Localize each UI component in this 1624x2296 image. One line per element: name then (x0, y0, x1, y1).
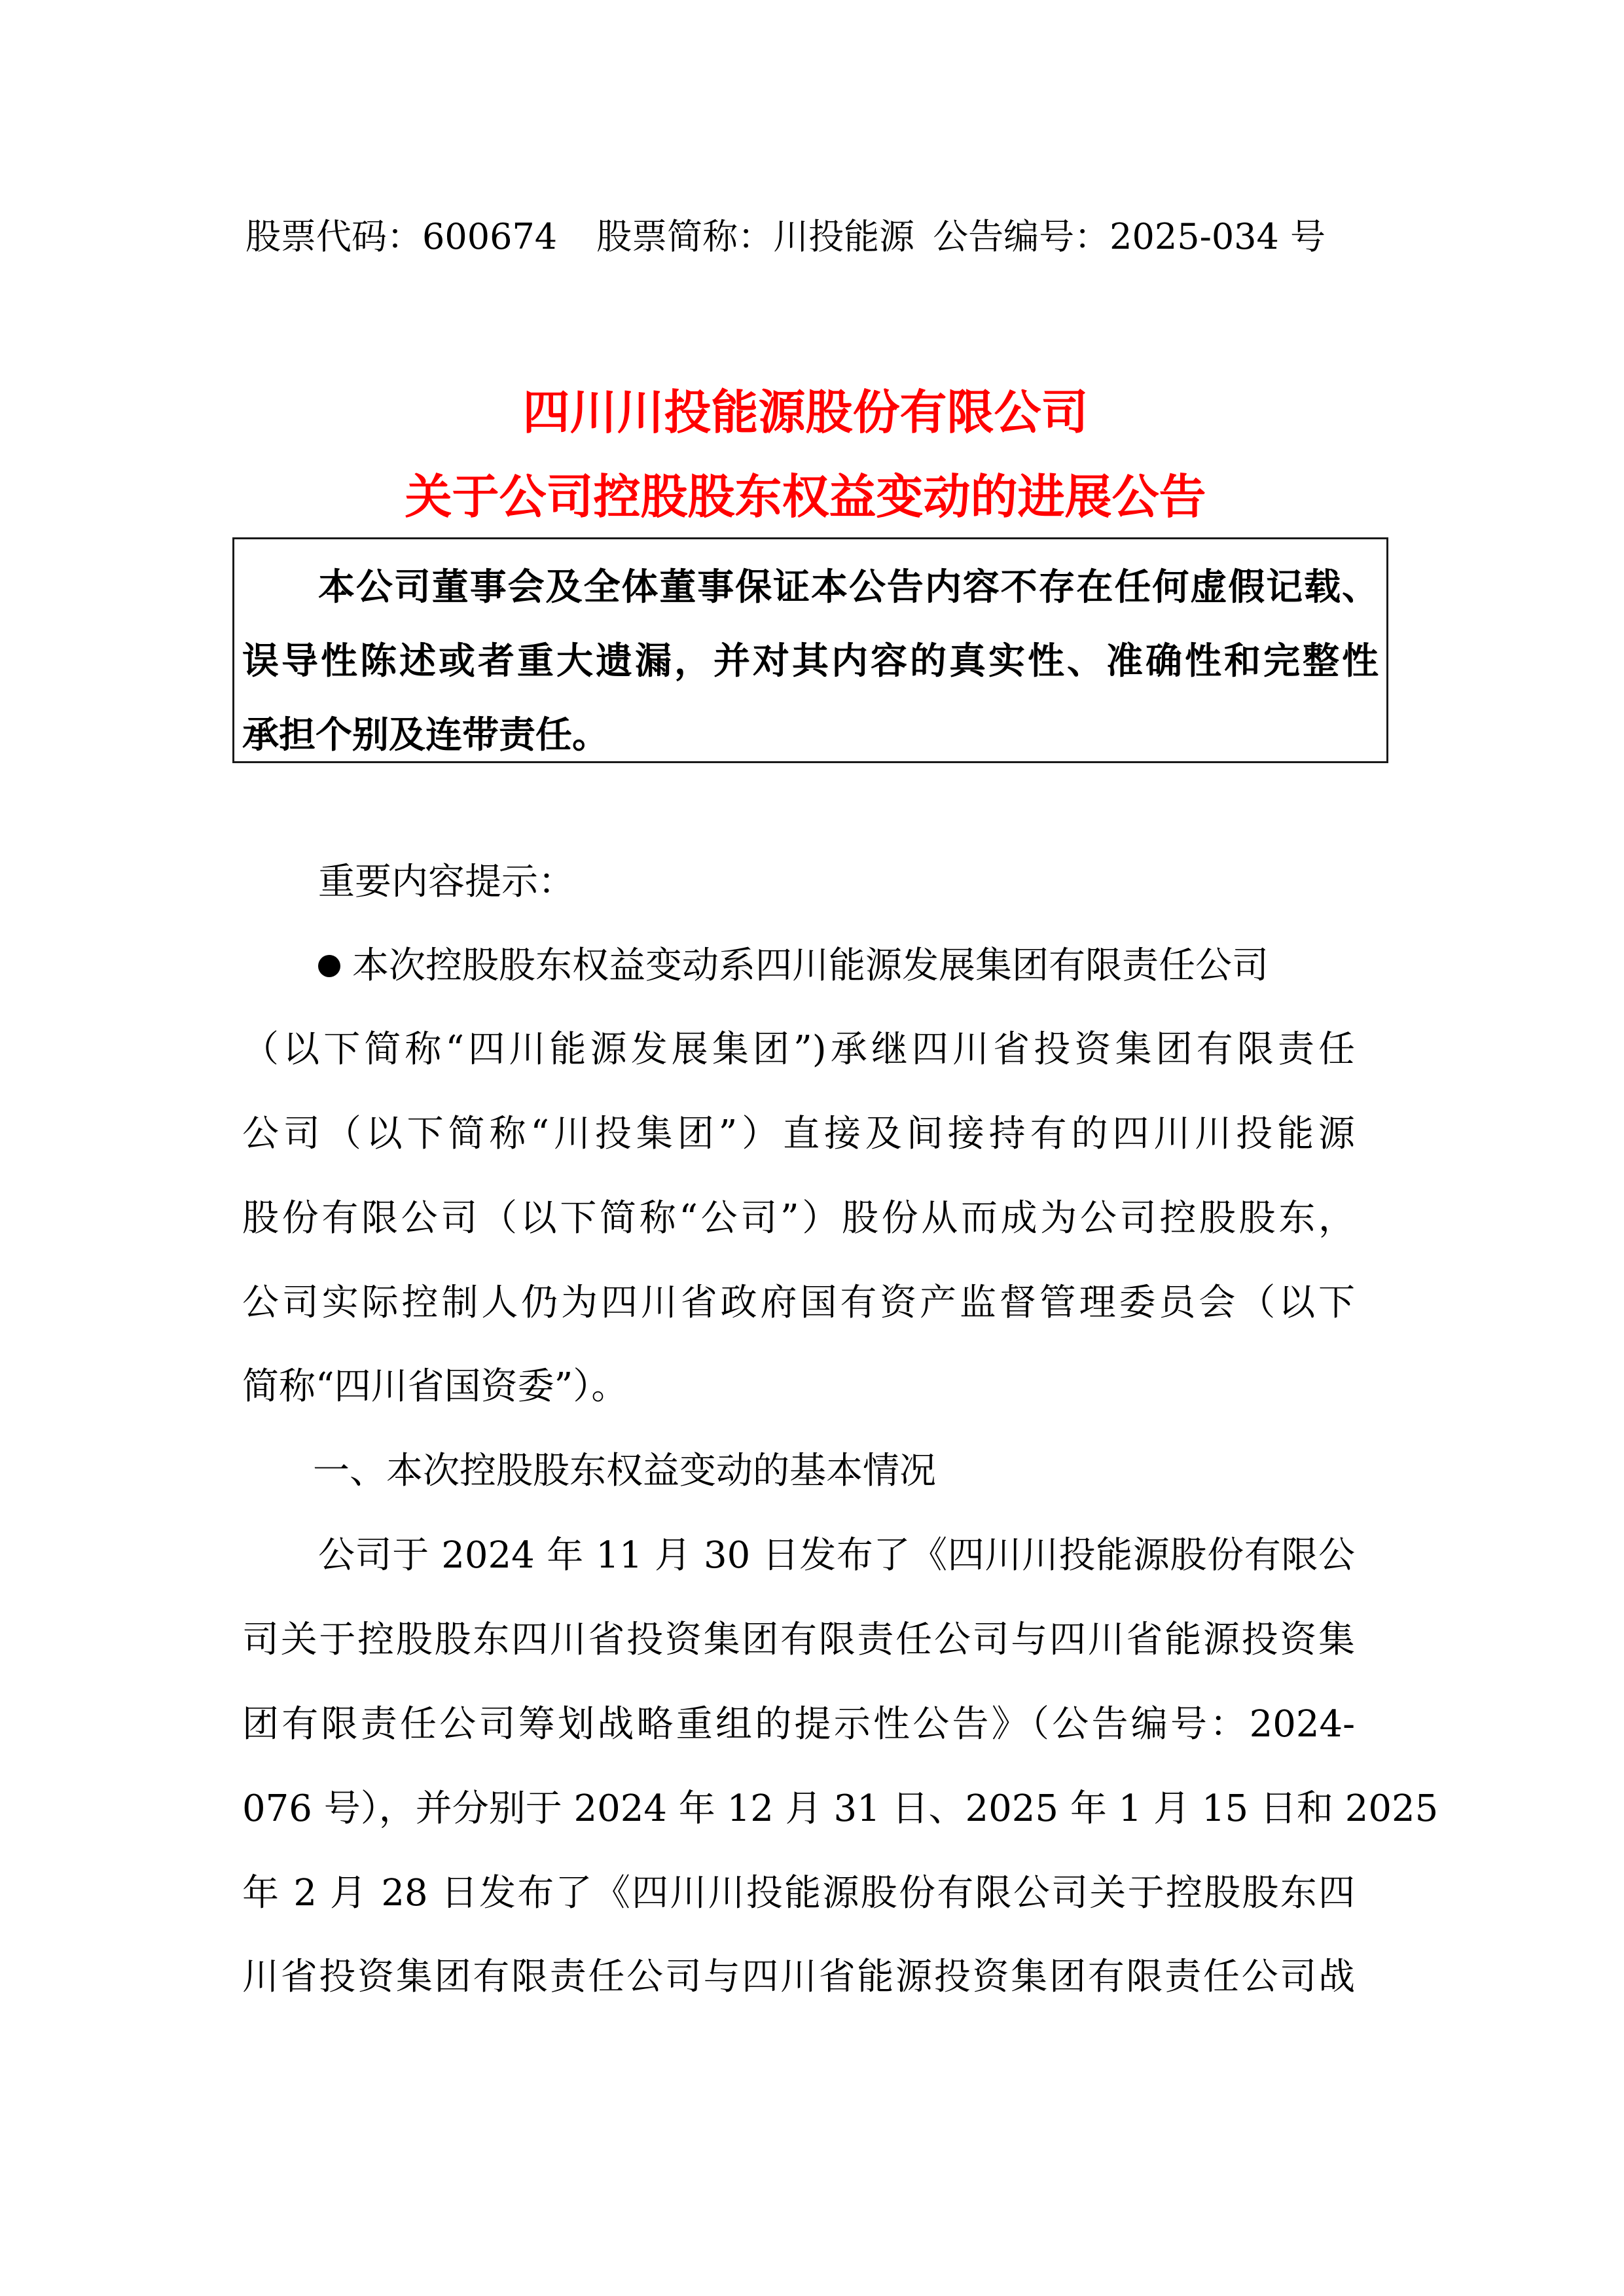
announcement-no: 2025-034 号 (1110, 211, 1326, 263)
stock-name-label: 股票简称： (596, 211, 773, 263)
highlights-heading: 重要内容提示： (318, 856, 1355, 908)
document-page: 股票代码：600674股票简称：川投能源公告编号：2025-034 号 四川川投… (0, 0, 1624, 2296)
section-1-line-1: 公司于 2024 年 11 月 30 日发布了《四川川投能源股份有限公 (318, 1530, 1355, 1582)
section-1-line-4: 076 号），并分别于 2024 年 12 月 31 日、2025 年 1 月 … (242, 1783, 1355, 1835)
company-title: 四川川投能源股份有限公司 (0, 383, 1617, 442)
highlight-line-5: 公司实际控制人仍为四川省政府国有资产监督管理委员会（以下 (242, 1277, 1355, 1329)
section-1-line-5: 年 2 月 28 日发布了《四川川投能源股份有限公司关于控股股东四 (242, 1867, 1355, 1920)
announcement-title: 关于公司控股股东权益变动的进展公告 (0, 467, 1617, 526)
highlight-line-6: 简称“四川省国资委”）。 (242, 1361, 1355, 1413)
highlight-line-4: 股份有限公司（以下简称“公司”）股份从而成为公司控股股东， (242, 1193, 1355, 1245)
stock-code: 600674 (422, 211, 557, 263)
stock-name: 川投能源 (773, 211, 914, 263)
section-1-line-2: 司关于控股股东四川省投资集团有限责任公司与四川省能源投资集 (242, 1614, 1355, 1666)
board-statement-line-2: 误导性陈述或者重大遗漏，并对其内容的真实性、准确性和完整性 (242, 636, 1379, 688)
section-1-heading: 一、本次控股股东权益变动的基本情况 (313, 1445, 1426, 1498)
section-1-line-6: 川省投资集团有限责任公司与四川省能源投资集团有限责任公司战 (242, 1951, 1355, 2003)
board-statement-line-1: 本公司董事会及全体董事保证本公告内容不存在任何虚假记载、 (318, 562, 1379, 614)
announcement-header: 股票代码：600674股票简称：川投能源公告编号：2025-034 号 (245, 211, 1326, 263)
board-statement-line-3: 承担个别及连带责任。 (242, 709, 609, 762)
highlight-bullet-line-1: 本次控股股东权益变动系四川能源发展集团有限责任公司 (318, 940, 1355, 992)
stock-code-label: 股票代码： (245, 211, 422, 263)
section-1-line-3: 团有限责任公司筹划战略重组的提示性公告》（公告编号：2024- (242, 1698, 1355, 1751)
highlight-line-2: （以下简称“四川能源发展集团”)承继四川省投资集团有限责任 (242, 1024, 1355, 1076)
announcement-no-label: 公告编号： (933, 211, 1110, 263)
highlight-line-3: 公司（以下简称“川投集团”）直接及间接持有的四川川投能源 (242, 1108, 1355, 1160)
bullet-icon (318, 955, 340, 977)
